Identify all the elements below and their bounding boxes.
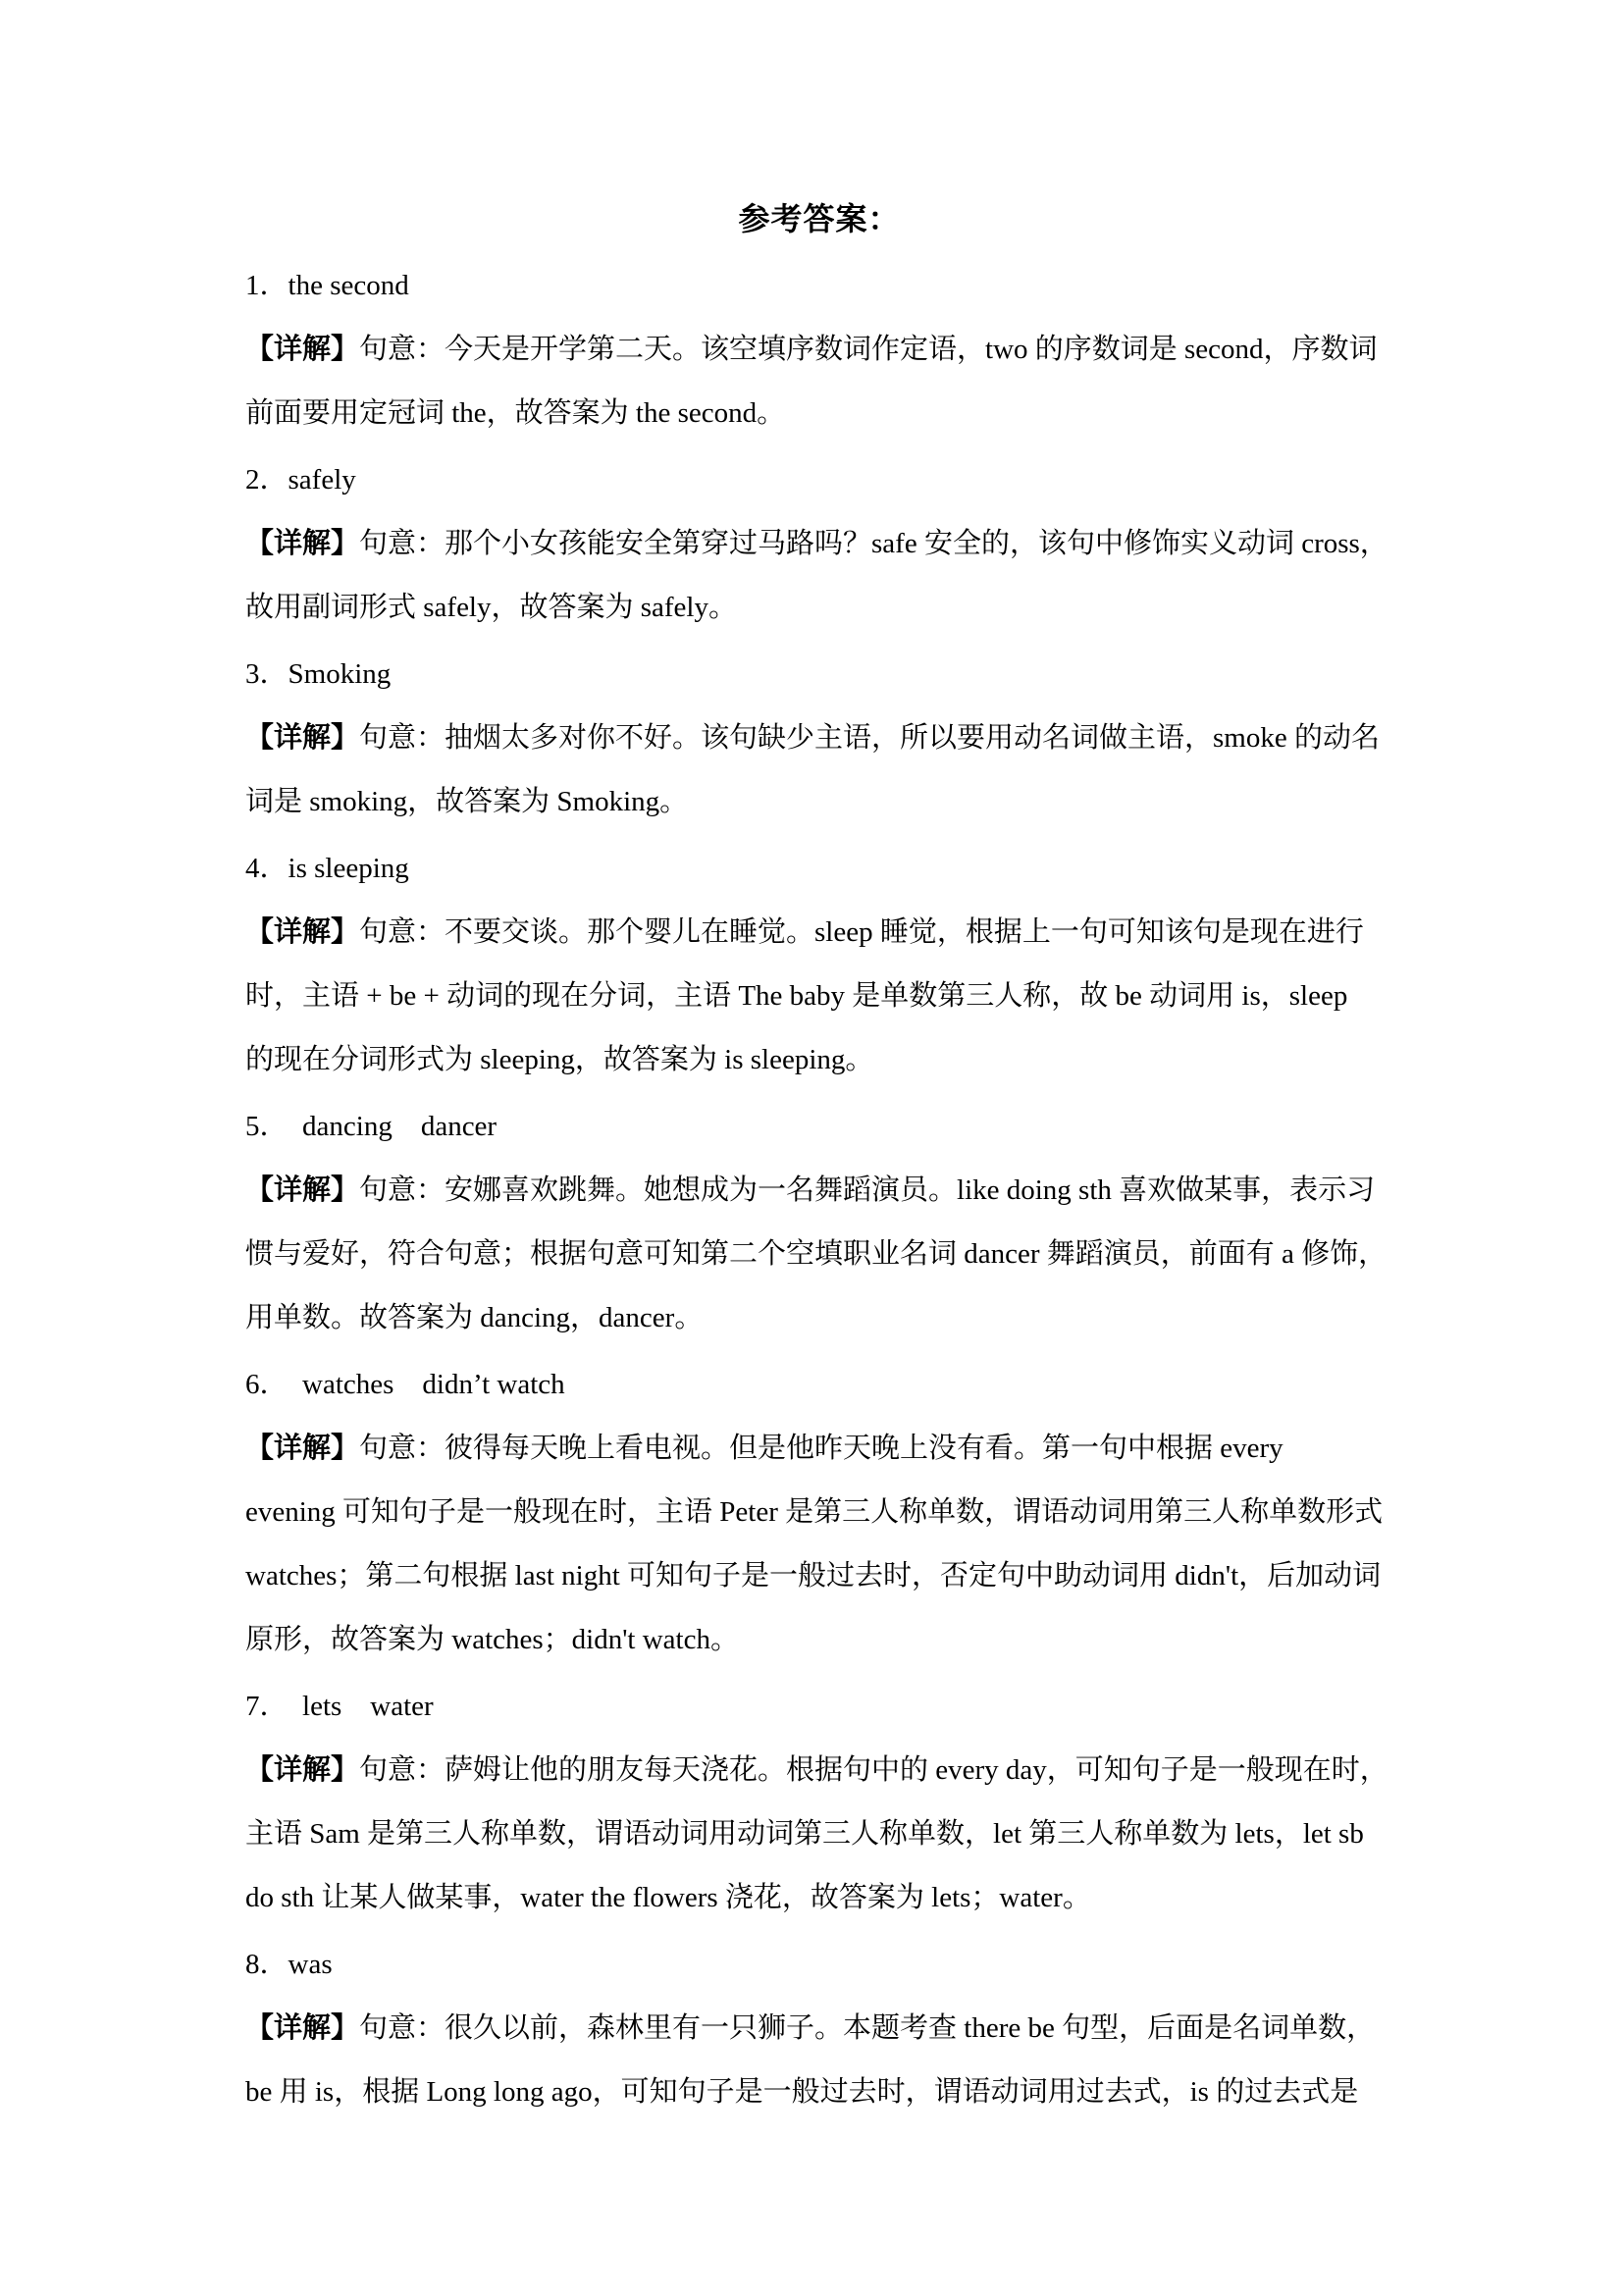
detail-label: 【详解】 bbox=[245, 2012, 359, 2044]
item-answer: Smoking bbox=[288, 658, 392, 690]
detail-text: 句意：抽烟太多对你不好。该句缺少主语，所以要用动名词做主语，smoke 的动名 bbox=[359, 722, 1380, 754]
detail-text: 句意：很久以前，森林里有一只狮子。本题考查 there be 句型，后面是名词单… bbox=[359, 2012, 1375, 2044]
detail-line: 【详解】句意：抽烟太多对你不好。该句缺少主语，所以要用动名词做主语，smoke … bbox=[245, 706, 1393, 770]
detail-text: 句意：彼得每天晚上看电视。但是他昨天晚上没有看。第一句中根据 every bbox=[359, 1433, 1283, 1464]
answer-item-1: 1．the second 【详解】句意：今天是开学第二天。该空填序数词作定语，t… bbox=[245, 254, 1393, 445]
detail-line: evening 可知句子是一般现在时，主语 Peter 是第三人称单数，谓语动词… bbox=[245, 1481, 1393, 1544]
detail-label: 【详解】 bbox=[245, 528, 359, 559]
answer-item-4: 4．is sleeping 【详解】句意：不要交谈。那个婴儿在睡觉。sleep … bbox=[245, 837, 1393, 1092]
item-number: 2． bbox=[245, 464, 288, 496]
detail-line: 原形，故答案为 watches；didn't watch。 bbox=[245, 1608, 1393, 1672]
detail-text: 句意：不要交谈。那个婴儿在睡觉。sleep 睡觉，根据上一句可知该句是现在进行 bbox=[359, 916, 1364, 948]
item-answer: lets water bbox=[274, 1691, 434, 1722]
detail-text: be 用 is，根据 Long long ago，可知句子是一般过去时，谓语动词… bbox=[245, 2076, 1358, 2108]
detail-text: 用单数。故答案为 dancing，dancer。 bbox=[245, 1302, 703, 1333]
detail-line: 【详解】句意：那个小女孩能安全第穿过马路吗？safe 安全的，该句中修饰实义动词… bbox=[245, 512, 1393, 576]
detail-line: do sth 让某人做某事，water the flowers 浇花，故答案为 … bbox=[245, 1866, 1393, 1930]
detail-line: 的现在分词形式为 sleeping，故答案为 is sleeping。 bbox=[245, 1028, 1393, 1092]
item-answer: was bbox=[288, 1949, 333, 1980]
detail-label: 【详解】 bbox=[245, 1433, 359, 1464]
detail-line: be 用 is，根据 Long long ago，可知句子是一般过去时，谓语动词… bbox=[245, 2061, 1393, 2124]
detail-label: 【详解】 bbox=[245, 1754, 359, 1786]
page: { "title": "参考答案：", "detail_label": "【详解… bbox=[0, 0, 1623, 2296]
detail-label: 【详解】 bbox=[245, 1174, 359, 1206]
item-answer-line: 4．is sleeping bbox=[245, 837, 1393, 901]
item-answer-line: 1．the second bbox=[245, 254, 1393, 318]
detail-text: 句意：那个小女孩能安全第穿过马路吗？safe 安全的，该句中修饰实义动词 cro… bbox=[359, 528, 1388, 559]
detail-line: 【详解】句意：安娜喜欢跳舞。她想成为一名舞蹈演员。like doing sth … bbox=[245, 1159, 1393, 1223]
item-number: 4． bbox=[245, 853, 288, 884]
item-answer-line: 5． dancing dancer bbox=[245, 1095, 1393, 1159]
detail-text: 句意：安娜喜欢跳舞。她想成为一名舞蹈演员。like doing sth 喜欢做某… bbox=[359, 1174, 1375, 1206]
detail-label: 【详解】 bbox=[245, 722, 359, 754]
item-answer-line: 2．safely bbox=[245, 448, 1393, 512]
detail-line: 【详解】句意：很久以前，森林里有一只狮子。本题考查 there be 句型，后面… bbox=[245, 1997, 1393, 2061]
answer-item-2: 2．safely 【详解】句意：那个小女孩能安全第穿过马路吗？safe 安全的，… bbox=[245, 448, 1393, 640]
detail-text: 句意：今天是开学第二天。该空填序数词作定语，two 的序数词是 second，序… bbox=[359, 334, 1378, 365]
detail-text: 原形，故答案为 watches；didn't watch。 bbox=[245, 1624, 739, 1655]
detail-line: 时，主语 + be + 动词的现在分词，主语 The baby 是单数第三人称，… bbox=[245, 965, 1393, 1028]
detail-line: 惯与爱好，符合句意；根据句意可知第二个空填职业名词 dancer 舞蹈演员，前面… bbox=[245, 1223, 1393, 1286]
detail-text: 主语 Sam 是第三人称单数，谓语动词用动词第三人称单数，let 第三人称单数为… bbox=[245, 1818, 1364, 1850]
detail-label: 【详解】 bbox=[245, 916, 359, 948]
item-number: 3． bbox=[245, 658, 288, 690]
item-number: 8． bbox=[245, 1949, 288, 1980]
detail-line: 主语 Sam 是第三人称单数，谓语动词用动词第三人称单数，let 第三人称单数为… bbox=[245, 1802, 1393, 1866]
item-number: 5． bbox=[245, 1111, 274, 1142]
item-number: 7． bbox=[245, 1691, 274, 1722]
item-answer-line: 7． lets water bbox=[245, 1675, 1393, 1739]
answer-item-6: 6． watches didn’t watch 【详解】句意：彼得每天晚上看电视… bbox=[245, 1353, 1393, 1672]
detail-text: watches；第二句根据 last night 可知句子是一般过去时，否定句中… bbox=[245, 1560, 1381, 1592]
answer-item-8: 8．was 【详解】句意：很久以前，森林里有一只狮子。本题考查 there be… bbox=[245, 1933, 1393, 2124]
item-answer: the second bbox=[288, 270, 409, 301]
detail-text: evening 可知句子是一般现在时，主语 Peter 是第三人称单数，谓语动词… bbox=[245, 1496, 1383, 1528]
item-number: 1． bbox=[245, 270, 288, 301]
detail-text: 时，主语 + be + 动词的现在分词，主语 The baby 是单数第三人称，… bbox=[245, 980, 1347, 1012]
detail-text: 故用副词形式 safely，故答案为 safely。 bbox=[245, 592, 737, 623]
detail-line: 词是 smoking，故答案为 Smoking。 bbox=[245, 770, 1393, 834]
page-title: 参考答案： bbox=[245, 186, 1393, 251]
answer-item-3: 3．Smoking 【详解】句意：抽烟太多对你不好。该句缺少主语，所以要用动名词… bbox=[245, 643, 1393, 834]
detail-text: 句意：萨姆让他的朋友每天浇花。根据句中的 every day，可知句子是一般现在… bbox=[359, 1754, 1388, 1786]
detail-line: 【详解】句意：彼得每天晚上看电视。但是他昨天晚上没有看。第一句中根据 every bbox=[245, 1417, 1393, 1481]
item-number: 6． bbox=[245, 1369, 274, 1400]
detail-text: 惯与爱好，符合句意；根据句意可知第二个空填职业名词 dancer 舞蹈演员，前面… bbox=[245, 1238, 1387, 1270]
item-answer: dancing dancer bbox=[274, 1111, 497, 1142]
answer-item-7: 7． lets water 【详解】句意：萨姆让他的朋友每天浇花。根据句中的 e… bbox=[245, 1675, 1393, 1930]
item-answer: safely bbox=[288, 464, 356, 496]
detail-label: 【详解】 bbox=[245, 334, 359, 365]
answer-item-5: 5． dancing dancer 【详解】句意：安娜喜欢跳舞。她想成为一名舞蹈… bbox=[245, 1095, 1393, 1350]
item-answer: watches didn’t watch bbox=[274, 1369, 565, 1400]
answer-key-document: 参考答案： 1．the second 【详解】句意：今天是开学第二天。该空填序数… bbox=[245, 186, 1393, 2124]
item-answer-line: 6． watches didn’t watch bbox=[245, 1353, 1393, 1417]
detail-line: 前面要用定冠词 the，故答案为 the second。 bbox=[245, 382, 1393, 445]
detail-text: 词是 smoking，故答案为 Smoking。 bbox=[245, 786, 688, 817]
detail-text: 的现在分词形式为 sleeping，故答案为 is sleeping。 bbox=[245, 1044, 873, 1075]
item-answer-line: 8．was bbox=[245, 1933, 1393, 1997]
detail-line: 用单数。故答案为 dancing，dancer。 bbox=[245, 1286, 1393, 1350]
detail-line: 【详解】句意：今天是开学第二天。该空填序数词作定语，two 的序数词是 seco… bbox=[245, 318, 1393, 382]
detail-line: 故用副词形式 safely，故答案为 safely。 bbox=[245, 576, 1393, 640]
detail-line: 【详解】句意：萨姆让他的朋友每天浇花。根据句中的 every day，可知句子是… bbox=[245, 1739, 1393, 1802]
detail-text: 前面要用定冠词 the，故答案为 the second。 bbox=[245, 397, 785, 429]
detail-line: 【详解】句意：不要交谈。那个婴儿在睡觉。sleep 睡觉，根据上一句可知该句是现… bbox=[245, 901, 1393, 965]
item-answer: is sleeping bbox=[288, 853, 409, 884]
detail-text: do sth 让某人做某事，water the flowers 浇花，故答案为 … bbox=[245, 1882, 1091, 1913]
detail-line: watches；第二句根据 last night 可知句子是一般过去时，否定句中… bbox=[245, 1544, 1393, 1608]
item-answer-line: 3．Smoking bbox=[245, 643, 1393, 706]
